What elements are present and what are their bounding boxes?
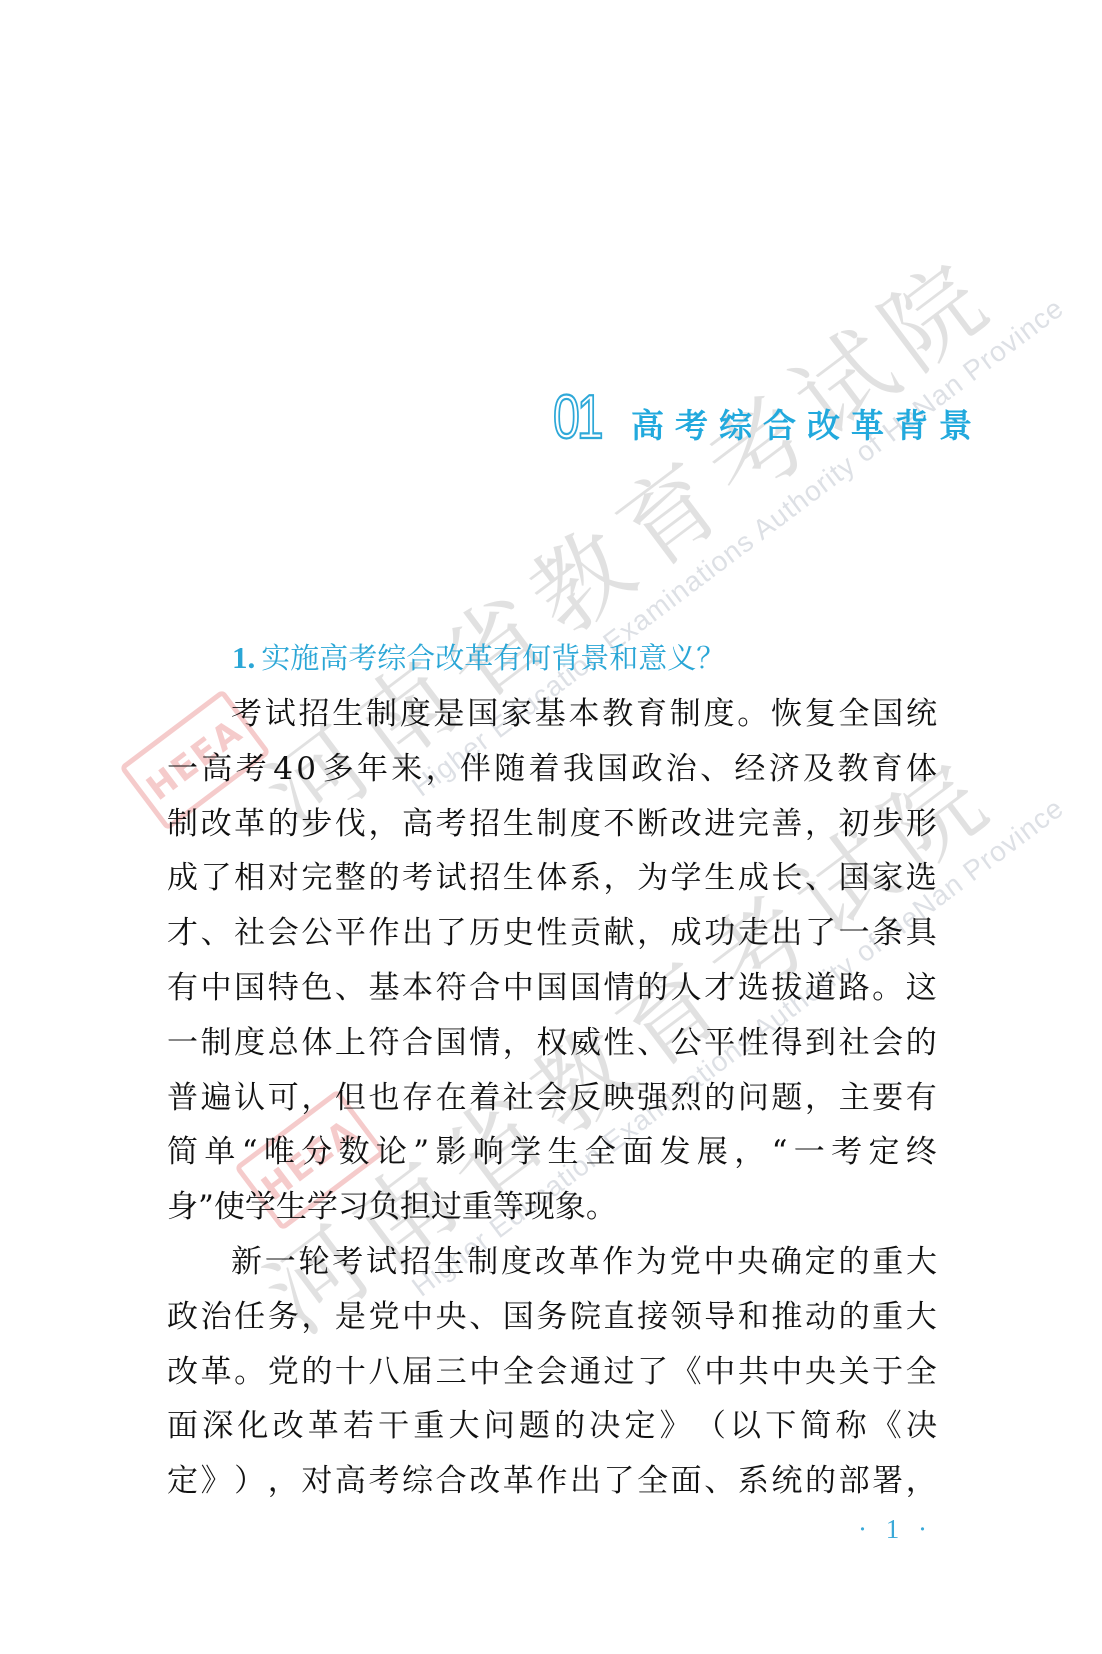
body-line: 普遍认可，但也存在着社会反映强烈的问题，主要有 xyxy=(167,1074,937,1129)
body-line: 简单“唯分数论”影响学生全面发展，“一考定终 xyxy=(167,1128,937,1183)
chapter-number: 01 xyxy=(553,390,600,446)
body-line: 身”使学生学习负担过重等现象。 xyxy=(167,1183,937,1238)
body-line: 新一轮考试招生制度改革作为党中央确定的重大 xyxy=(167,1238,937,1293)
body-text: 考试招生制度是国家基本教育制度。恢复全国统一高考 40 多年来，伴随着我国政治、… xyxy=(167,690,937,1512)
page-number: · 1 · xyxy=(858,1514,933,1545)
body-line: 一制度总体上符合国情，权威性、公平性得到社会的 xyxy=(167,1019,937,1074)
body-line: 考试招生制度是国家基本教育制度。恢复全国统 xyxy=(167,690,937,745)
question-number: 1. xyxy=(232,640,255,675)
body-line: 政治任务，是党中央、国务院直接领导和推动的重大 xyxy=(167,1293,937,1348)
body-line: 制改革的步伐，高考招生制度不断改进完善，初步形 xyxy=(167,800,937,855)
chapter-heading: 01 高考综合改革背景 xyxy=(553,390,983,446)
body-line-text: 身”使学生学习负担过重等现象。 xyxy=(167,1183,617,1238)
question-heading: 1.实施高考综合改革有何背景和意义？ xyxy=(232,640,725,676)
body-line: 定》），对高考综合改革作出了全面、系统的部署， xyxy=(167,1457,937,1512)
body-line: 才、社会公平作出了历史性贡献，成功走出了一条具 xyxy=(167,909,937,964)
body-line: 改革。党的十八届三中全会通过了《中共中央关于全 xyxy=(167,1348,937,1403)
question-text: 实施高考综合改革有何背景和意义？ xyxy=(261,641,725,675)
chapter-title: 高考综合改革背景 xyxy=(631,408,983,444)
body-line: 成了相对完整的考试招生体系，为学生成长、国家选 xyxy=(167,854,937,909)
body-line: 面深化改革若干重大问题的决定》（以下简称《决 xyxy=(167,1402,937,1457)
body-line: 一高考 40 多年来，伴随着我国政治、经济及教育体 xyxy=(167,745,937,800)
body-line: 有中国特色、基本符合中国国情的人才选拔道路。这 xyxy=(167,964,937,1019)
